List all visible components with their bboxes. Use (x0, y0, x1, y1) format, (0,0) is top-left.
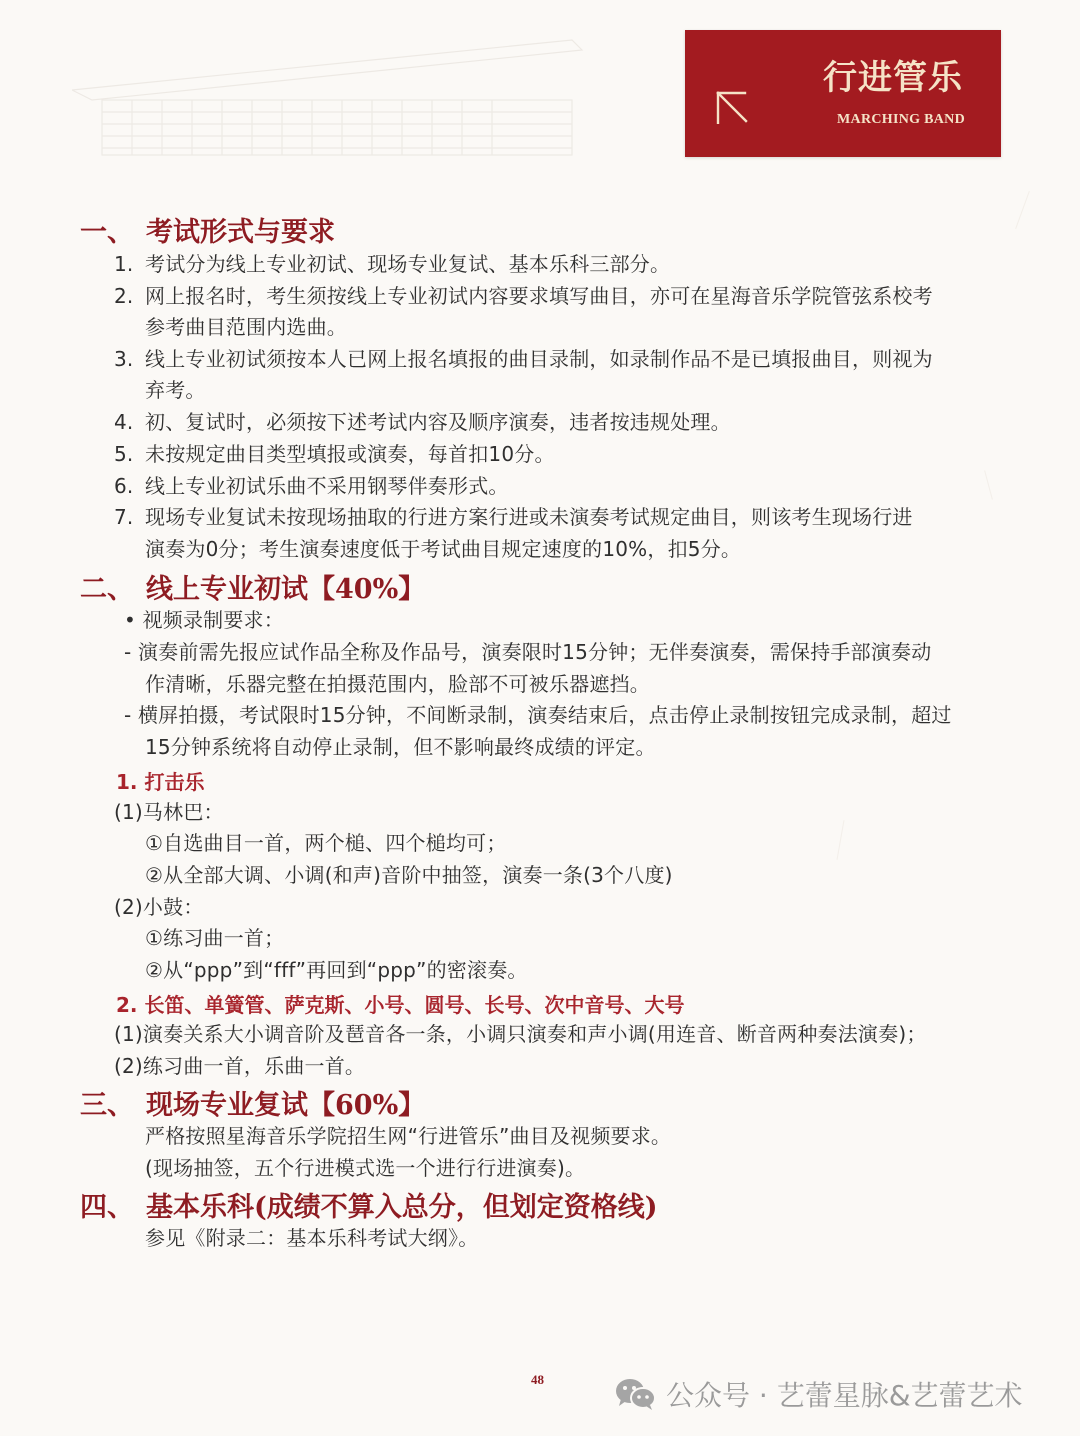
sub-item: (1)演奏关系大小调音阶及琶音各一条，小调只演奏和声小调(用连音、断音两种奏法演… (114, 1018, 927, 1050)
sub-item: ①练习曲一首； (145, 922, 284, 954)
dash-item: - 横屏拍摄，考试限时15分钟，不间断录制，演奏结束后，点击停止录制按钮完成录制… (124, 699, 952, 731)
sub-item: (1)马林巴： (114, 796, 224, 828)
watermark: 公众号 · 艺蕾星脉&艺蕾艺术 (614, 1374, 1023, 1414)
paper-texture (1015, 191, 1030, 229)
section-number: 一、 (80, 210, 146, 249)
section-number: 四、 (80, 1185, 146, 1224)
list-item: 1.考试分为线上专业初试、现场专业复试、基本乐科三部分。 (114, 248, 670, 280)
list-item: 4.初、复试时，必须按下述考试内容及顺序演奏，违者按违规处理。 (114, 406, 731, 438)
section-title: 现场专业复试【60%】 (146, 1090, 425, 1121)
subsection-heading-winds: 2. 长笛、单簧管、萨克斯、小号、圆号、长号、次中音号、大号 (116, 989, 684, 1018)
sub-item: (2)小鼓： (114, 891, 204, 923)
section-number: 二、 (80, 567, 146, 606)
section-title: 线上专业初试【40%】 (146, 574, 425, 605)
paper-texture (837, 820, 845, 860)
section-title: 基本乐科(成绩不算入总分，但划定资格线) (146, 1192, 658, 1223)
dash-item-continuation: 15分钟系统将自动停止录制，但不影响最终成绩的评定。 (145, 731, 656, 763)
section-heading-2: 二、线上专业初试【40%】 (80, 567, 425, 606)
list-item-continuation: 参考曲目范围内选曲。 (145, 311, 347, 343)
dash-item-continuation: 作清晰，乐器完整在拍摄范围内，脸部不可被乐器遮挡。 (145, 668, 650, 700)
building-sketch-illustration (72, 30, 632, 160)
section-heading-4: 四、基本乐科(成绩不算入总分，但划定资格线) (80, 1185, 658, 1224)
banner-title-english: MARCHING BAND (837, 112, 965, 128)
sub-item: ②从全部大调、小调(和声)音阶中抽签，演奏一条(3个八度) (145, 859, 673, 891)
paper-texture (984, 470, 993, 499)
sub-item: (2)练习曲一首，乐曲一首。 (114, 1050, 365, 1082)
section-title: 考试形式与要求 (146, 217, 335, 248)
section-title-banner: 行进管乐 MARCHING BAND (685, 30, 1001, 157)
watermark-text: 公众号 · 艺蕾星脉&艺蕾艺术 (666, 1374, 1023, 1414)
section-heading-1: 一、考试形式与要求 (80, 210, 335, 249)
paragraph-line: (现场抽签，五个行进模式选一个进行行进演奏)。 (145, 1152, 585, 1184)
dash-item: - 演奏前需先报应试作品全称及作品号，演奏限时15分钟；无伴奏演奏，需保持手部演… (124, 636, 931, 668)
page-number: 48 (531, 1372, 544, 1388)
list-item: 5.未按规定曲目类型填报或演奏，每首扣10分。 (114, 438, 555, 470)
paragraph-line: 严格按照星海音乐学院招生网“行进管乐”曲目及视频要求。 (145, 1120, 671, 1152)
list-item: 3.线上专业初试须按本人已网上报名填报的曲目录制，如录制作品不是已填报曲目，则视… (114, 343, 933, 375)
list-item-continuation: 演奏为0分；考生演奏速度低于考试曲目规定速度的10%，扣5分。 (145, 533, 741, 565)
sub-item: ②从“ppp”到“fff”再回到“ppp”的密滚奏。 (145, 954, 528, 986)
sub-item: ①自选曲目一首，两个槌、四个槌均可； (145, 827, 507, 859)
arrow-up-left-icon (715, 90, 749, 124)
section-number: 三、 (80, 1083, 146, 1122)
list-item-continuation: 弃考。 (145, 374, 206, 406)
bullet-item: • 视频录制要求： (124, 604, 284, 636)
paragraph-line: 参见《附录二：基本乐科考试大纲》。 (145, 1222, 478, 1254)
list-item: 2.网上报名时，考生须按线上专业初试内容要求填写曲目，亦可在星海音乐学院管弦系校… (114, 280, 933, 312)
banner-title-chinese: 行进管乐 (823, 50, 963, 99)
list-item: 7.现场专业复试未按现场抽取的行进方案行进或未演奏考试规定曲目，则该考生现场行进 (114, 501, 913, 533)
section-heading-3: 三、现场专业复试【60%】 (80, 1083, 425, 1122)
subsection-heading-percussion: 1. 打击乐 (116, 766, 204, 795)
list-item: 6.线上专业初试乐曲不采用钢琴伴奏形式。 (114, 470, 509, 502)
wechat-icon (614, 1377, 658, 1411)
